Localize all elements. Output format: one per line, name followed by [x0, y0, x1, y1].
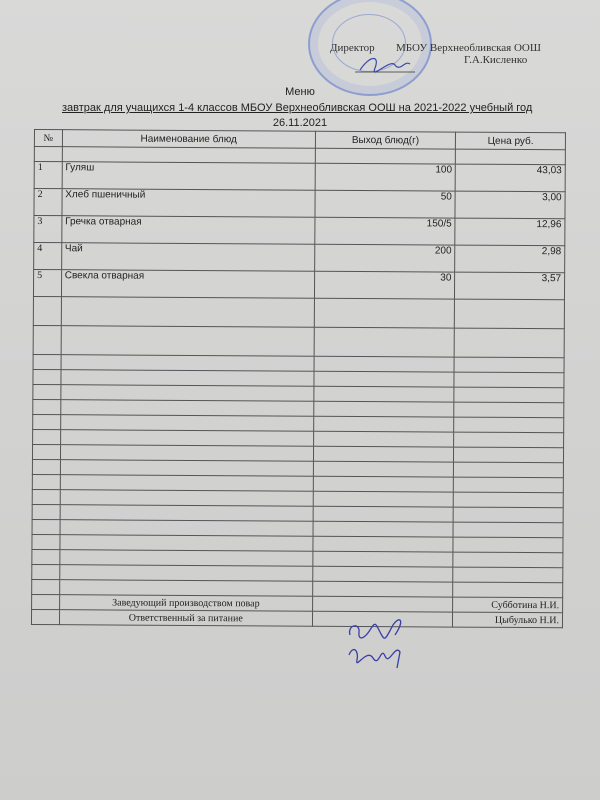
- header-price: Цена руб.: [456, 132, 566, 150]
- signature-row: Ответственный за питание Цыбулько Н.И.: [31, 609, 562, 627]
- menu-title: Меню: [0, 86, 600, 98]
- approval-name: Г.А.Кисленко: [464, 54, 527, 66]
- table-row: 2 Хлеб пшеничный 50 3,00: [34, 189, 565, 219]
- row-no: 4: [34, 243, 62, 270]
- row-name: Хлеб пшеничный: [62, 189, 315, 218]
- row-price: 3,00: [455, 191, 565, 219]
- table-row: 5 Свекла отварная 30 3,57: [33, 270, 564, 300]
- row-no: 2: [34, 189, 62, 216]
- signature-name: Субботина Н.И.: [453, 597, 563, 613]
- row-price: 2,98: [455, 245, 565, 273]
- table-row: 4 Чай 200 2,98: [34, 243, 565, 273]
- row-name: Свекла отварная: [61, 270, 314, 299]
- row-price: 12,96: [455, 218, 565, 246]
- row-price: 43,03: [455, 164, 565, 192]
- row-no: 5: [33, 270, 61, 297]
- row-output: 50: [315, 190, 456, 218]
- menu-table: № Наименование блюд Выход блюд(г) Цена р…: [31, 129, 566, 628]
- table-row-empty: [33, 325, 564, 357]
- header-output: Выход блюд(г): [315, 131, 456, 149]
- signature-name: Цыбулько Н.И.: [453, 612, 563, 628]
- row-no: 1: [34, 162, 62, 189]
- header-no: №: [34, 130, 62, 147]
- header-name: Наименование блюд: [62, 130, 315, 149]
- row-output: 150/5: [315, 217, 456, 245]
- row-output: 30: [314, 271, 455, 299]
- handwritten-signatures: [345, 610, 415, 670]
- menu-date: 26.11.2021: [0, 117, 600, 129]
- row-no: 3: [34, 216, 62, 243]
- row-name: Гречка отварная: [61, 216, 314, 245]
- document-page: Директор МБОУ Верхнеобливская ООШ Г.А.Ки…: [0, 0, 600, 800]
- approval-organization: МБОУ Верхнеобливская ООШ: [396, 42, 541, 54]
- signature-role: Заведующий производством повар: [59, 595, 312, 612]
- row-output: 100: [315, 163, 456, 191]
- table-row-empty: [33, 296, 564, 328]
- table-row: 3 Гречка отварная 150/5 12,96: [34, 216, 565, 246]
- menu-subtitle: завтрак для учащихся 1-4 классов МБОУ Ве…: [62, 102, 532, 114]
- row-price: 3,57: [455, 272, 565, 300]
- row-name: Чай: [61, 243, 314, 272]
- table-row: 1 Гуляш 100 43,03: [34, 162, 565, 192]
- signature-role: Ответственный за питание: [59, 610, 312, 627]
- director-signature: [355, 50, 415, 80]
- row-name: Гуляш: [62, 162, 315, 191]
- row-output: 200: [314, 244, 455, 272]
